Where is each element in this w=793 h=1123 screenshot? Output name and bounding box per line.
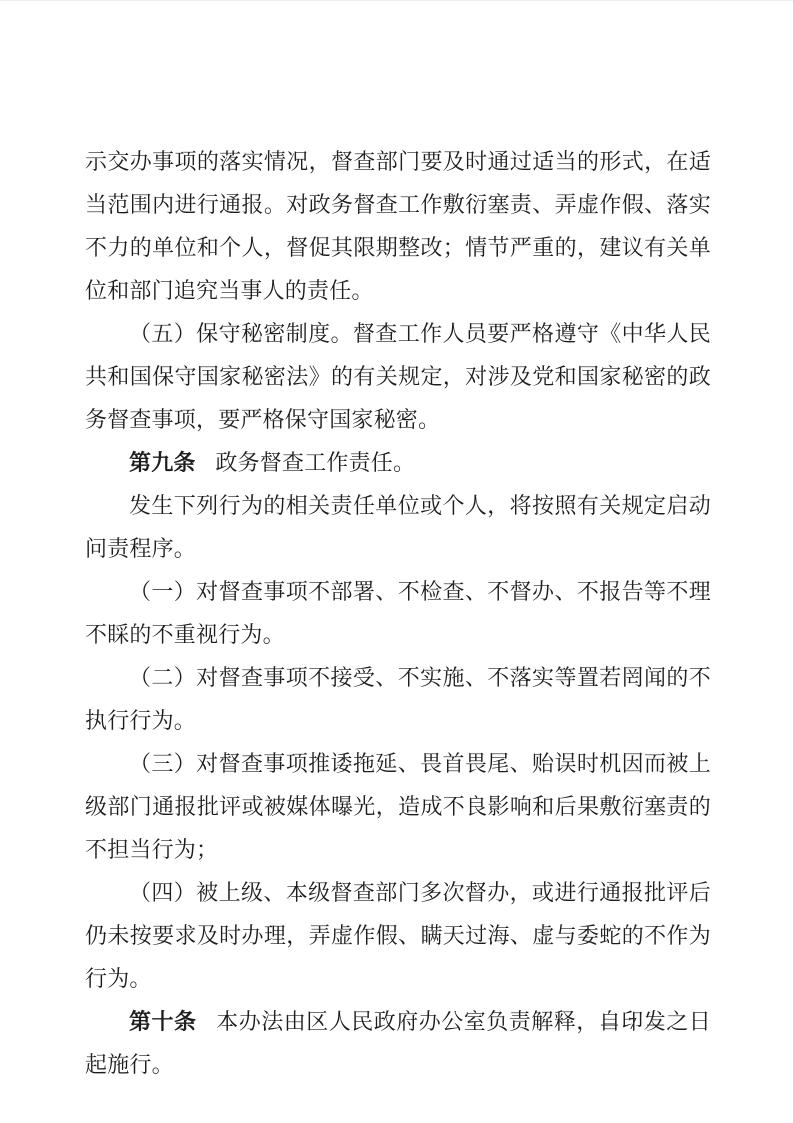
paragraph-accountability-intro: 发生下列行为的相关责任单位或个人，将按照有关规定启动问责程序。 (85, 484, 711, 570)
document-page: 示交办事项的落实情况，督查部门要及时通过适当的形式，在适当范围内进行通报。对政务… (0, 0, 793, 1123)
paragraph-article-9: 第九条政务督查工作责任。 (85, 441, 711, 484)
paragraph-item-3: （三）对督查事项推诿拖延、畏首畏尾、贻误时机因而被上级部门通报批评或被媒体曝光，… (85, 742, 711, 871)
article-10-heading: 第十条 (129, 1009, 197, 1034)
article-9-heading: 第九条 (129, 450, 196, 475)
paragraph-item-4: （四）被上级、本级督查部门多次督办，或进行通报批评后仍未按要求及时办理，弄虚作假… (85, 871, 711, 1000)
document-body: 示交办事项的落实情况，督查部门要及时通过适当的形式，在适当范围内进行通报。对政务… (85, 140, 711, 1086)
paragraph-item-2: （二）对督查事项不接受、不实施、不落实等置若罔闻的不执行行为。 (85, 656, 711, 742)
page-number: — 7 — (601, 1012, 667, 1036)
article-9-text: 政务督查工作责任。 (215, 450, 415, 475)
paragraph-continued-from-previous-page: 示交办事项的落实情况，督查部门要及时通过适当的形式，在适当范围内进行通报。对政务… (85, 140, 711, 312)
paragraph-item-1: （一）对督查事项不部署、不检查、不督办、不报告等不理不睬的不重视行为。 (85, 570, 711, 656)
paragraph-clause-5: （五）保守秘密制度。督查工作人员要严格遵守《中华人民共和国保守国家秘密法》的有关… (85, 312, 711, 441)
